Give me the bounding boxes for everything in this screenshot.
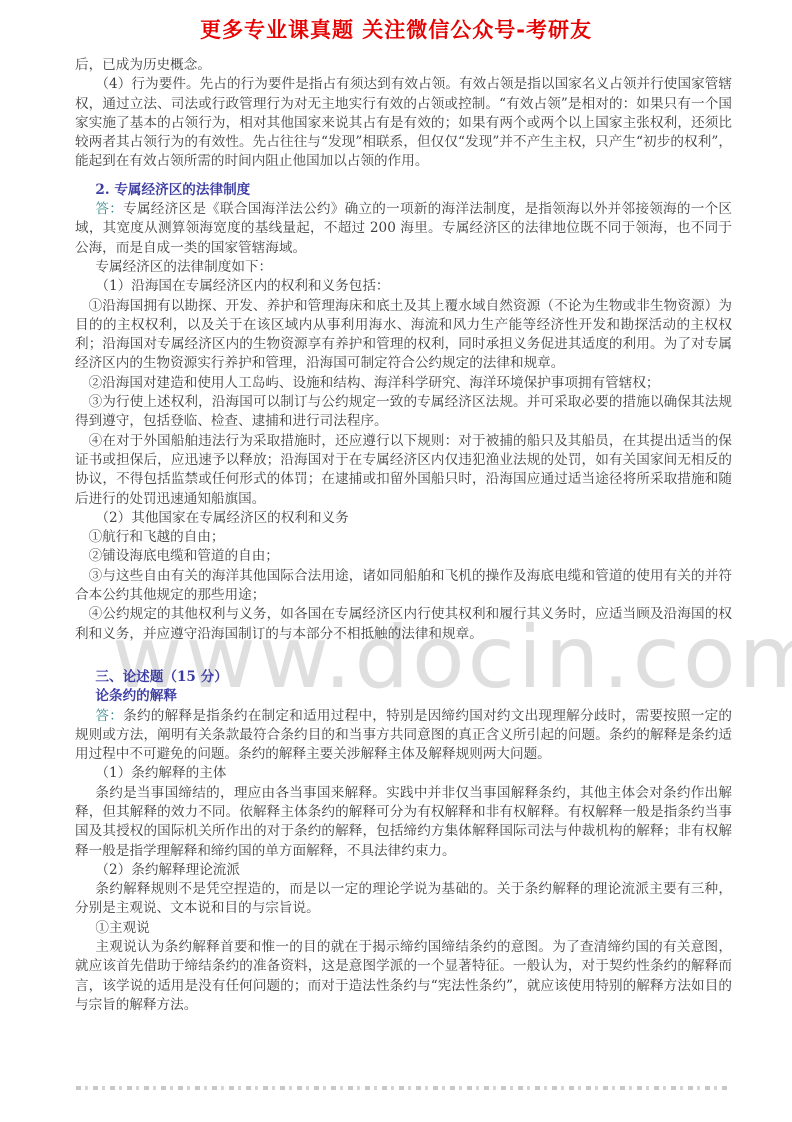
answer-paragraph: 答：条约的解释是指条约在制定和适用过程中，特别是因缔约国对约文出现理解分歧时，需… bbox=[75, 707, 732, 765]
section-heading: 论条约的解释 bbox=[75, 687, 732, 706]
paragraph: ①航行和飞越的自由； bbox=[75, 528, 732, 547]
paragraph: ④在对于外国船舶违法行为采取措施时，还应遵行以下规则：对于被捕的船只及其船员，在… bbox=[75, 432, 732, 509]
paragraph: （2）其他国家在专属经济区的权利和义务 bbox=[75, 509, 732, 528]
answer-label: 答： bbox=[95, 708, 123, 724]
section-heading: 三、论述题（15 分） bbox=[75, 668, 732, 687]
paragraph: ③为行使上述权利，沿海国可以制订与公约规定一致的专属经济区法规。并可采取必要的措… bbox=[75, 393, 732, 432]
footer-artifact-line bbox=[76, 1086, 730, 1090]
paragraph: （2）条约解释理论流派 bbox=[75, 861, 732, 880]
promo-header: 更多专业课真题 关注微信公众号-考研友 bbox=[0, 14, 792, 44]
answer-label: 答： bbox=[95, 201, 123, 217]
paragraph: ①沿海国拥有以勘探、开发、养护和管理海床和底土及其上覆水域自然资源（不论为生物或… bbox=[75, 297, 732, 374]
paragraph: （4）行为要件。先占的行为要件是指占有须达到有效占领。有效占领是指以国家名义占领… bbox=[75, 75, 732, 171]
paragraph: ②沿海国对建造和使用人工岛屿、设施和结构、海洋科学研究、海洋环境保护事项拥有管辖… bbox=[75, 374, 732, 393]
document-body: 后，已成为历史概念。（4）行为要件。先占的行为要件是指占有须达到有效占领。有效占… bbox=[75, 56, 732, 1015]
paragraph: ③与这些自由有关的海洋其他国际合法用途，诸如同船舶和飞机的操作及海底电缆和管道的… bbox=[75, 567, 732, 606]
paragraph: （1）沿海国在专属经济区内的权利和义务包括： bbox=[75, 277, 732, 296]
paragraph: 后，已成为历史概念。 bbox=[75, 56, 732, 75]
paragraph: 条约是当事国缔结的，理应由各当事国来解释。实践中并非仅当事国解释条约，其他主体会… bbox=[75, 784, 732, 861]
paragraph: 主观说认为条约解释首要和惟一的目的就在于揭示缔约国缔结条约的意图。为了查清缔约国… bbox=[75, 938, 732, 1015]
paragraph: ②铺设海底电缆和管道的自由； bbox=[75, 547, 732, 566]
answer-text: 条约的解释是指条约在制定和适用过程中，特别是因缔约国对约文出现理解分歧时，需要按… bbox=[75, 708, 732, 763]
answer-text: 专属经济区是《联合国海洋法公约》确立的一项新的海洋法制度，是指领海以外并邻接领海… bbox=[75, 201, 732, 256]
paragraph: ①主观说 bbox=[75, 919, 732, 938]
paragraph: （1）条约解释的主体 bbox=[75, 764, 732, 783]
paragraph: 条约解释规则不是凭空捏造的，而是以一定的理论学说为基础的。关于条约解释的理论流派… bbox=[75, 880, 732, 919]
paragraph: 专属经济区的法律制度如下： bbox=[75, 258, 732, 277]
section-heading: 2. 专属经济区的法律制度 bbox=[75, 181, 732, 200]
paragraph: ④公约规定的其他权利与义务，如各国在专属经济区内行使其权利和履行其义务时，应适当… bbox=[75, 605, 732, 644]
answer-paragraph: 答：专属经济区是《联合国海洋法公约》确立的一项新的海洋法制度，是指领海以外并邻接… bbox=[75, 200, 732, 258]
